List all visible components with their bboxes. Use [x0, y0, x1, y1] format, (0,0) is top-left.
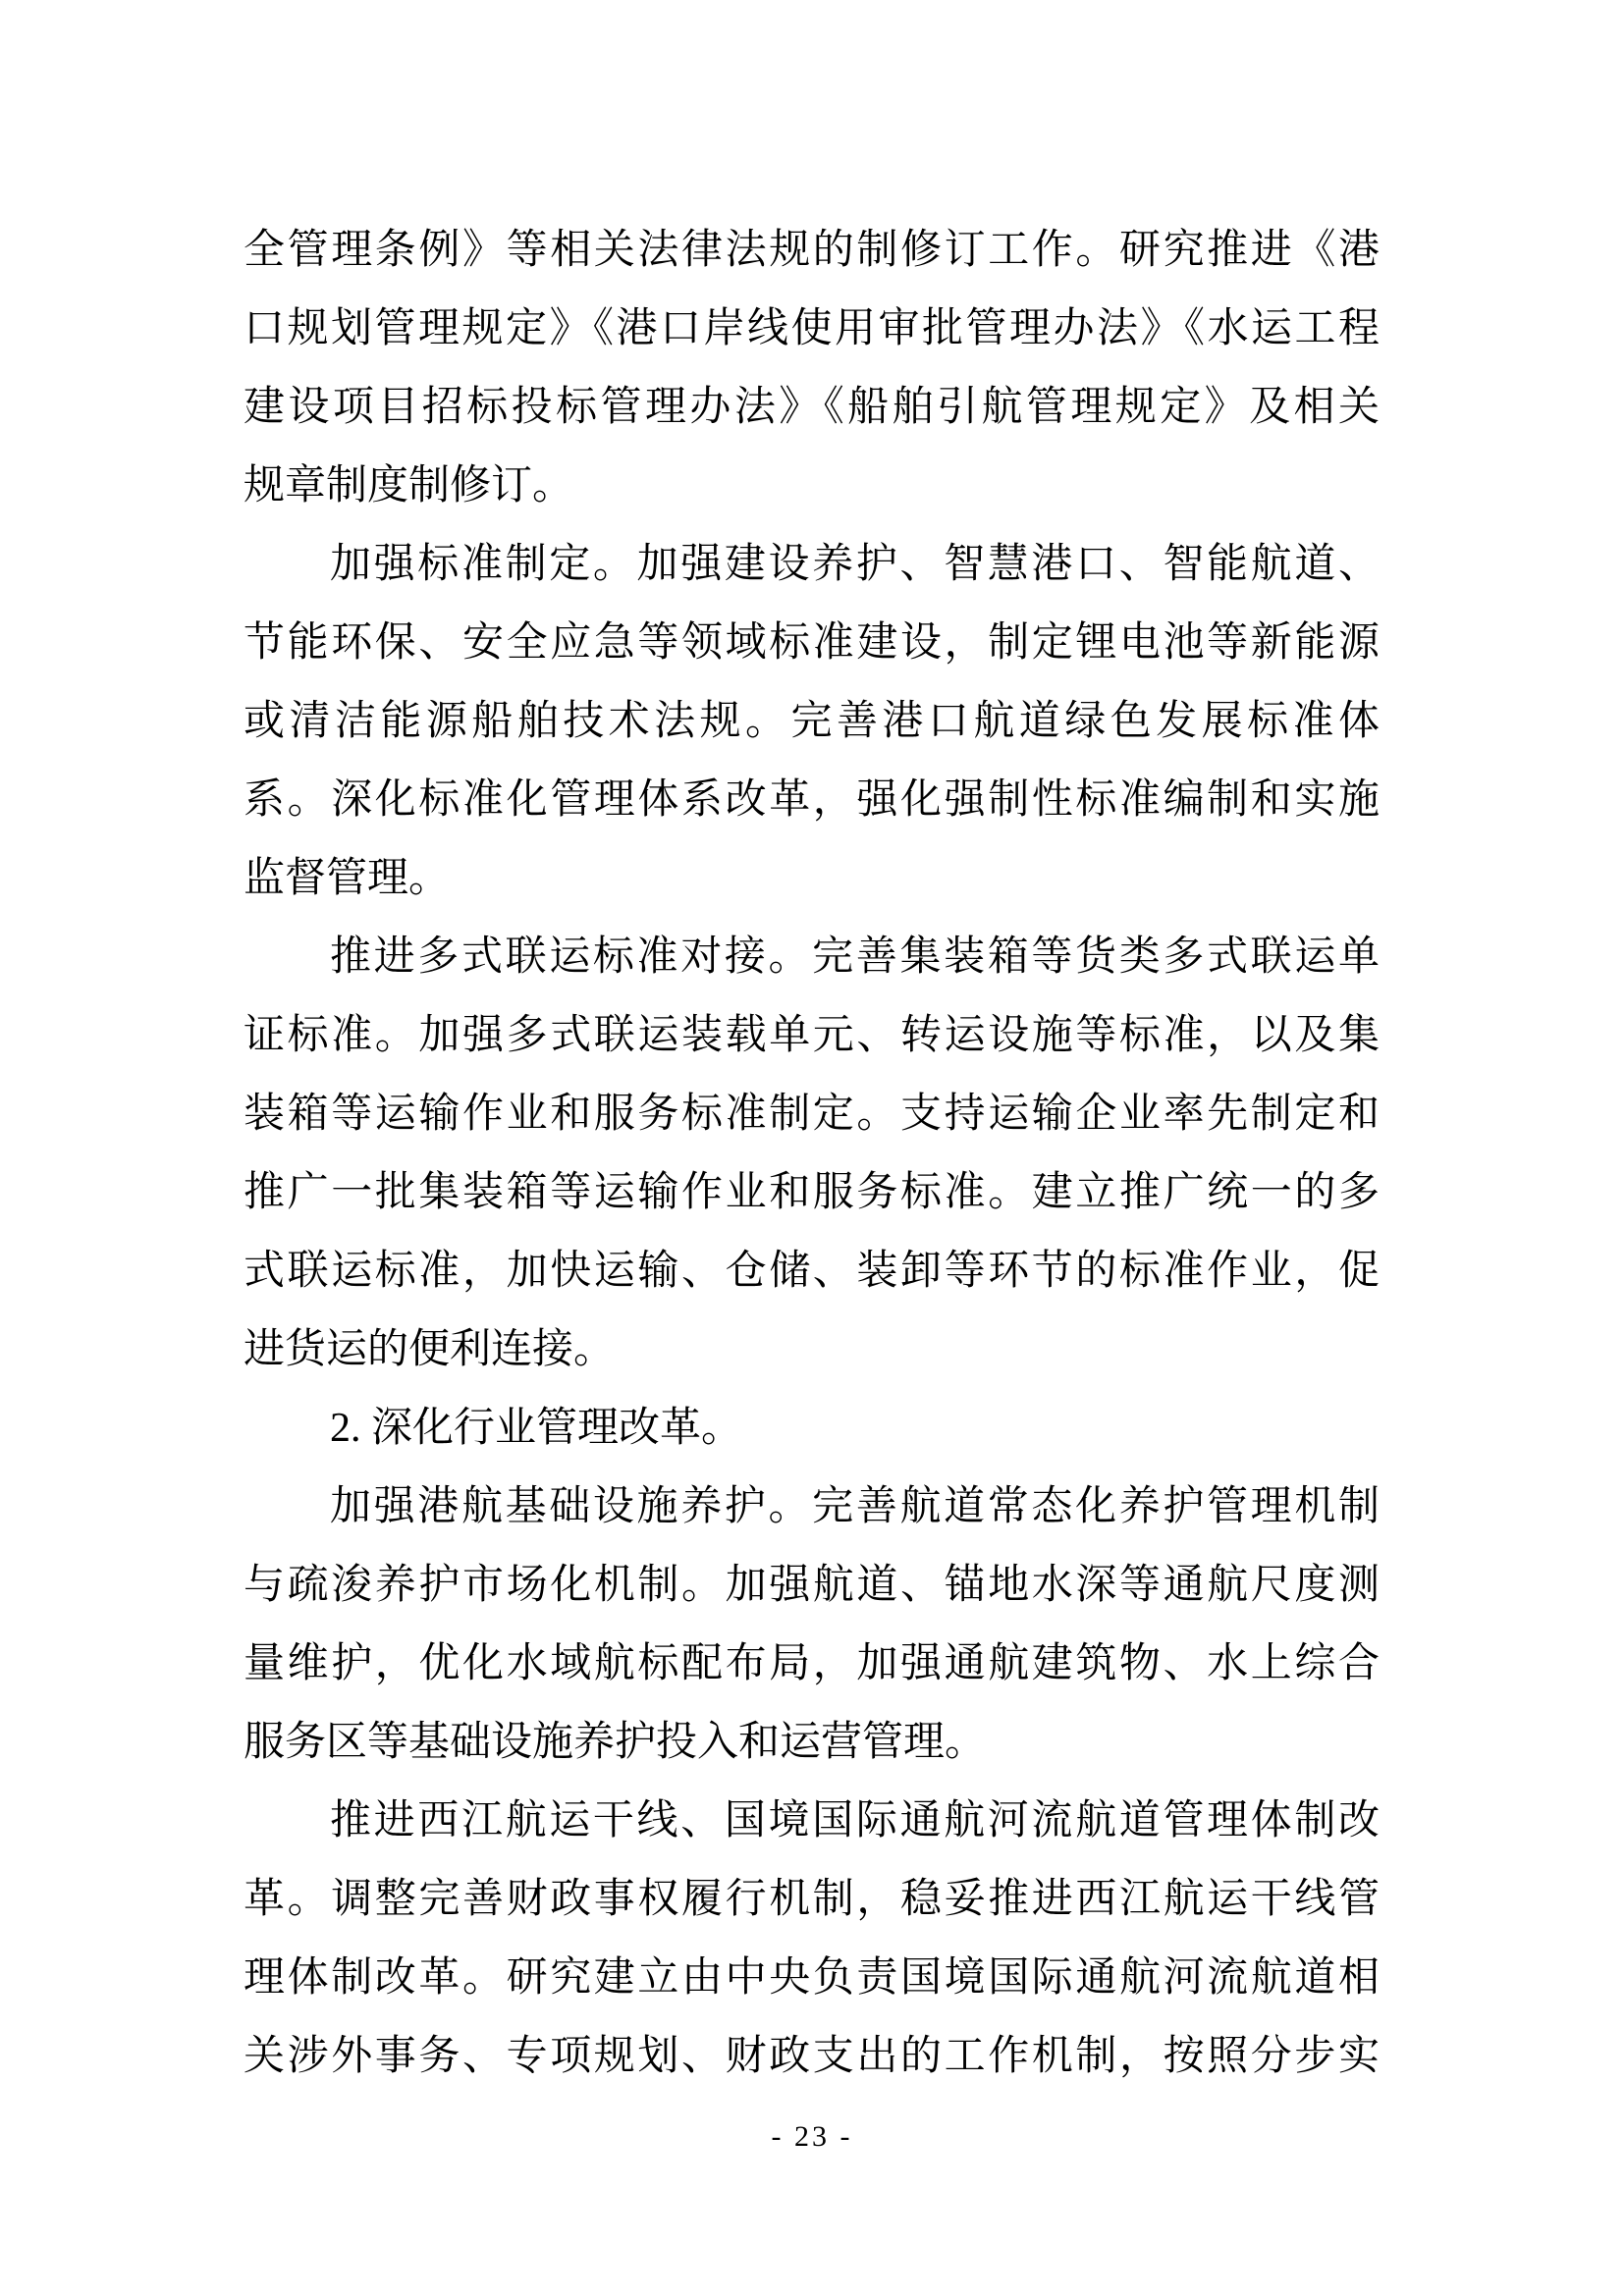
text-line: 与疏浚养护市场化机制。加强航道、锚地水深等通航尺度测: [244, 1546, 1380, 1625]
page-number: - 23 -: [0, 2116, 1624, 2158]
text-line: 量维护，优化水域航标配布局，加强通航建筑物、水上综合: [244, 1625, 1380, 1703]
text-line: 口规划管理规定》《港口岸线使用审批管理办法》《水运工程: [244, 290, 1380, 368]
text-line: 推广一批集装箱等运输作业和服务标准。建立推广统一的多: [244, 1153, 1380, 1232]
text-line: 监督管理。: [244, 839, 1380, 918]
text-line: 节能环保、安全应急等领域标准建设，制定锂电池等新能源: [244, 604, 1380, 682]
text-line: 加强港航基础设施养护。完善航道常态化养护管理机制: [244, 1468, 1380, 1546]
text-line: 推进西江航运干线、国境国际通航河流航道管理体制改: [244, 1782, 1380, 1860]
text-line: 全管理条例》等相关法律法规的制修订工作。研究推进《港: [244, 211, 1380, 290]
text-line: 规章制度制修订。: [244, 447, 1380, 525]
text-line: 系。深化标准化管理体系改革，强化强制性标准编制和实施: [244, 761, 1380, 839]
text-line: 或清洁能源船舶技术法规。完善港口航道绿色发展标准体: [244, 682, 1380, 761]
text-line: 关涉外事务、专项规划、财政支出的工作机制，按照分步实: [244, 2017, 1380, 2096]
text-line: 加强标准制定。加强建设养护、智慧港口、智能航道、: [244, 525, 1380, 604]
document-page: 全管理条例》等相关法律法规的制修订工作。研究推进《港口规划管理规定》《港口岸线使…: [0, 0, 1624, 2296]
text-line: 式联运标准，加快运输、仓储、装卸等环节的标准作业，促: [244, 1232, 1380, 1310]
text-line: 证标准。加强多式联运装载单元、转运设施等标准，以及集: [244, 996, 1380, 1075]
text-block: 全管理条例》等相关法律法规的制修订工作。研究推进《港口规划管理规定》《港口岸线使…: [244, 211, 1380, 2096]
text-line: 革。调整完善财政事权履行机制，稳妥推进西江航运干线管: [244, 1860, 1380, 1939]
text-line: 服务区等基础设施养护投入和运营管理。: [244, 1703, 1380, 1782]
text-line: 进货运的便利连接。: [244, 1310, 1380, 1389]
text-line: 理体制改革。研究建立由中央负责国境国际通航河流航道相: [244, 1939, 1380, 2017]
text-line: 建设项目招标投标管理办法》《船舶引航管理规定》及相关: [244, 368, 1380, 447]
text-line: 2. 深化行业管理改革。: [244, 1389, 1380, 1468]
text-line: 推进多式联运标准对接。完善集装箱等货类多式联运单: [244, 918, 1380, 996]
text-line: 装箱等运输作业和服务标准制定。支持运输企业率先制定和: [244, 1075, 1380, 1153]
